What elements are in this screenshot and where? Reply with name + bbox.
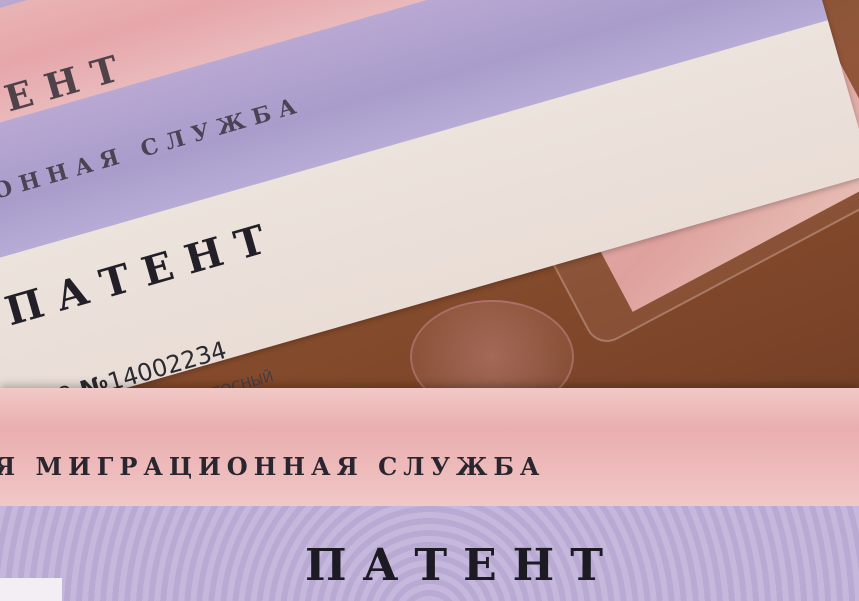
- photo-scene: ЕНТ ОННАЯ СЛУЖБА ПАТЕНТ 49 №14002234 ПОТ…: [0, 0, 859, 601]
- front-card-service-text: Я МИГРАЦИОННАЯ СЛУЖБА: [0, 452, 545, 481]
- front-band-pink: [0, 388, 859, 506]
- card-corner-highlight: [0, 578, 62, 601]
- front-card-title: ПАТЕНТ: [305, 540, 619, 591]
